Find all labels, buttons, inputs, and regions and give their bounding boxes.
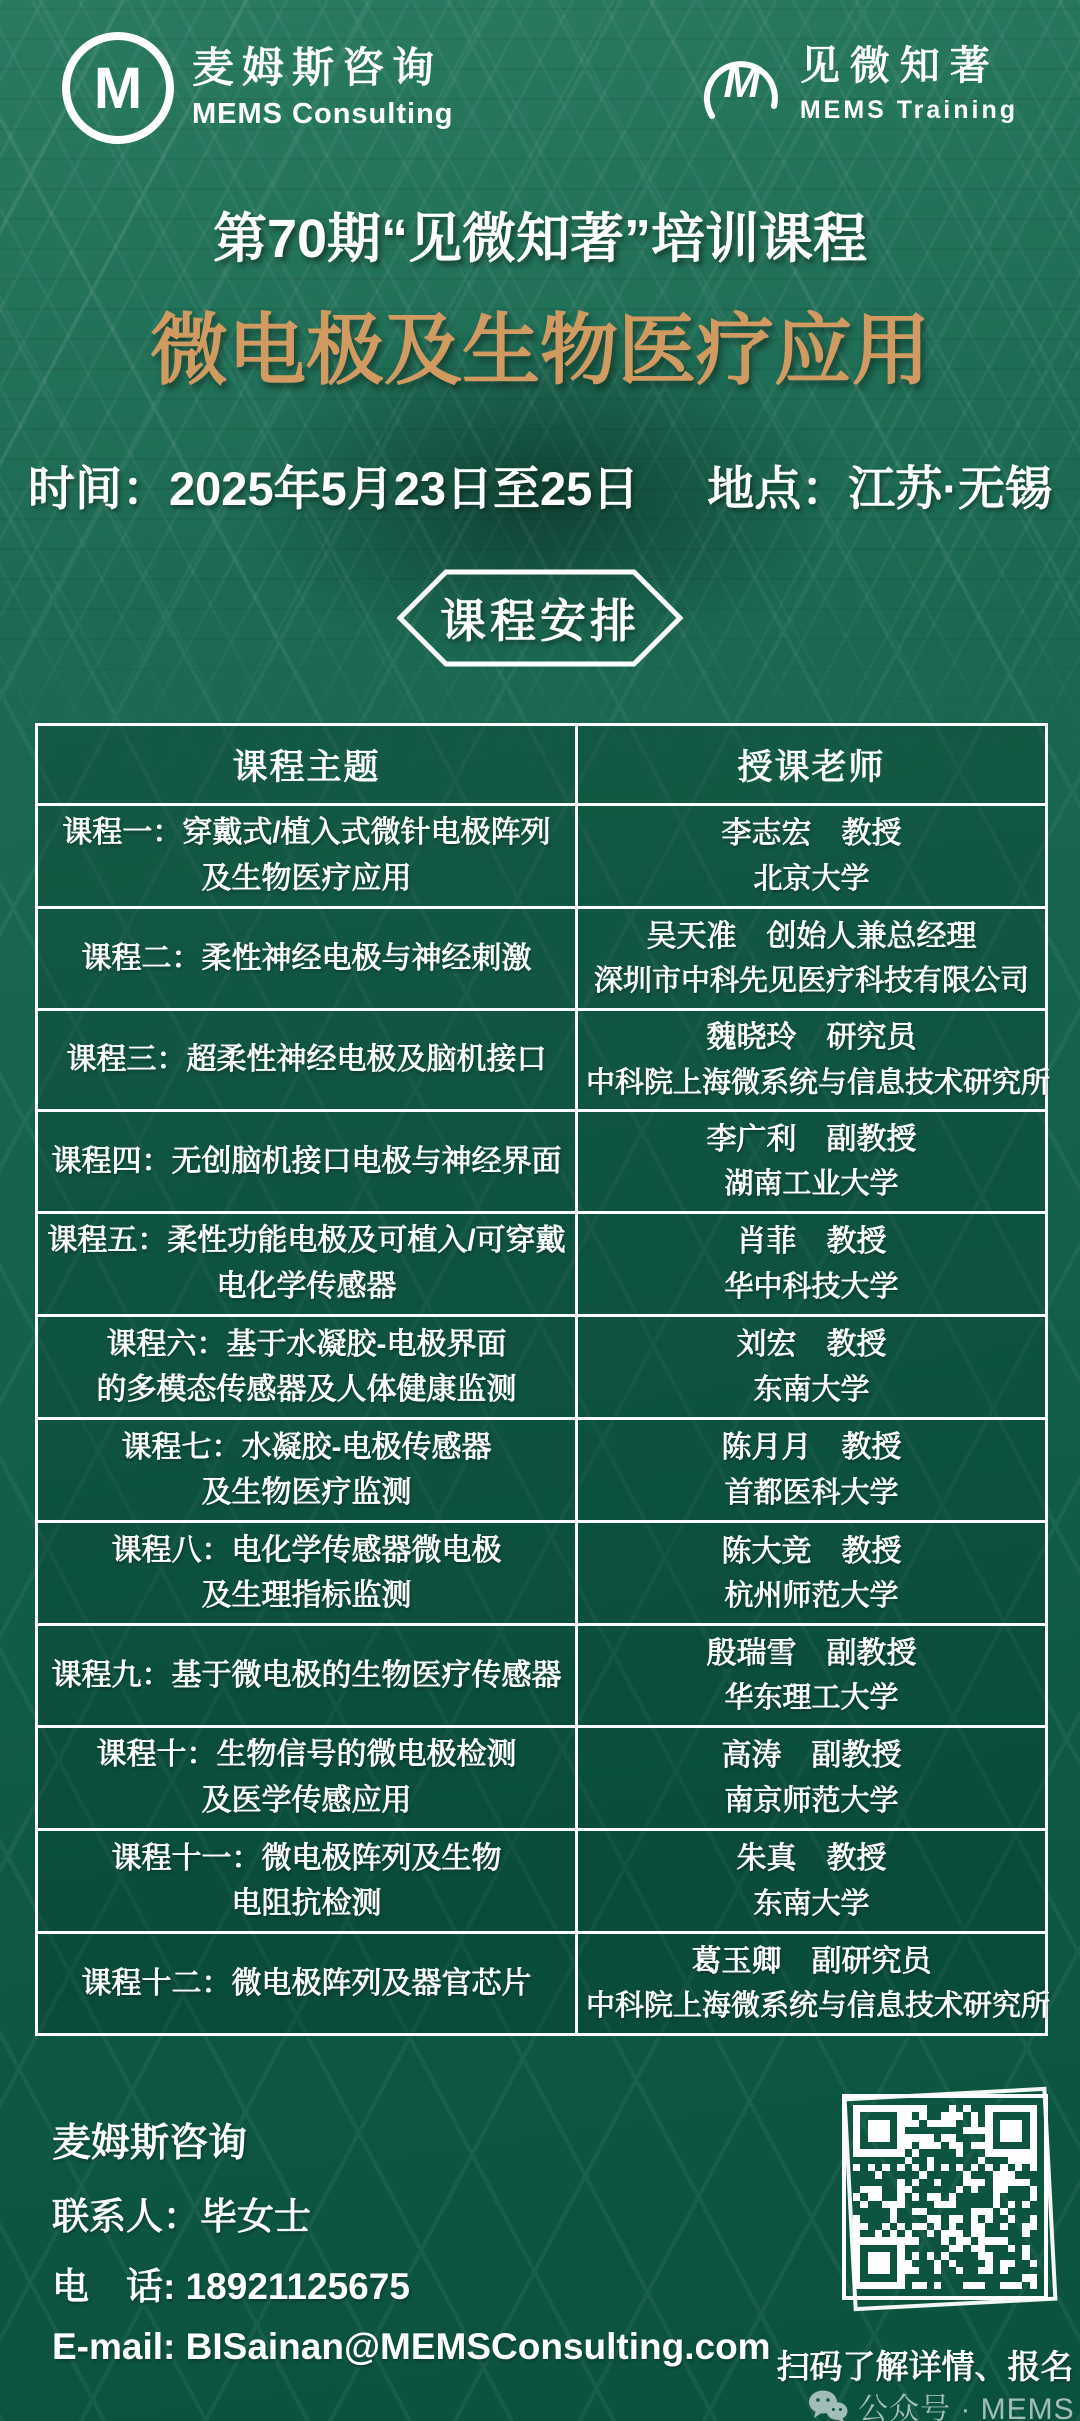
teacher-name-line: 李志宏 教授 — [586, 811, 1037, 857]
course-topic-cell: 课程二：柔性神经电极与神经刺激 — [37, 908, 577, 1010]
wechat-watermark-text: 公众号 · MEMS — [858, 2384, 1075, 2421]
teacher-affiliation-line: 北京大学 — [586, 857, 1037, 901]
teacher-name-line: 魏晓玲 研究员 — [586, 1015, 1037, 1061]
table-header-row: 课程主题 授课老师 — [37, 725, 1047, 805]
course-topic-line: 课程四：无创脑机接口电极与神经界面 — [46, 1139, 567, 1185]
qr-code — [853, 2105, 1037, 2289]
teacher-cell: 殷瑞雪 副教授华东理工大学 — [577, 1625, 1047, 1727]
course-topic-cell: 课程十：生物信号的微电极检测及医学传感应用 — [37, 1727, 577, 1830]
teacher-cell: 刘宏 教授东南大学 — [577, 1316, 1047, 1419]
teacher-cell: 陈大竞 教授杭州师范大学 — [577, 1522, 1047, 1625]
course-topic-line: 的多模态传感器及人体健康监测 — [46, 1367, 567, 1413]
teacher-affiliation-line: 首都医科大学 — [586, 1471, 1037, 1515]
course-topic-title: 微电极及生物医疗应用 — [0, 288, 1080, 400]
teacher-cell: 高涛 副教授南京师范大学 — [577, 1727, 1047, 1830]
course-location: 地点：江苏·无锡 — [707, 462, 1052, 515]
course-topic-cell: 课程十一：微电极阵列及生物电阻抗检测 — [37, 1830, 577, 1933]
course-topic-line: 电阻抗检测 — [46, 1881, 567, 1927]
table-row: 课程八：电化学传感器微电极及生理指标监测陈大竞 教授杭州师范大学 — [37, 1522, 1047, 1625]
course-session-title: 第70期“见微知著”培训课程 — [0, 196, 1080, 273]
course-topic-line: 课程三：超柔性神经电极及脑机接口 — [46, 1037, 567, 1083]
teacher-name-line: 刘宏 教授 — [586, 1322, 1037, 1368]
table-row: 课程二：柔性神经电极与神经刺激吴天准 创始人兼总经理深圳市中科先见医疗科技有限公… — [37, 908, 1047, 1010]
teacher-affiliation-line: 中科院上海微系统与信息技术研究所 — [586, 1984, 1037, 2028]
teacher-name-line: 肖菲 教授 — [586, 1219, 1037, 1265]
qr-frame — [842, 2094, 1048, 2300]
table-row: 课程九：基于微电极的生物医疗传感器殷瑞雪 副教授华东理工大学 — [37, 1625, 1047, 1727]
course-topic-cell: 课程九：基于微电极的生物医疗传感器 — [37, 1625, 577, 1727]
table-row: 课程十一：微电极阵列及生物电阻抗检测朱真 教授东南大学 — [37, 1830, 1047, 1933]
logo-mems-training: M 见微知著 MEMS Training — [700, 42, 1018, 126]
header-teacher: 授课老师 — [577, 725, 1047, 805]
footer-email: E-mail: BISainan@MEMSConsulting.com — [52, 2326, 771, 2368]
footer-phone: 电 话: 18921125675 — [52, 2256, 410, 2310]
table-row: 课程六：基于水凝胶-电极界面的多模态传感器及人体健康监测刘宏 教授东南大学 — [37, 1316, 1047, 1419]
teacher-name-line: 殷瑞雪 副教授 — [586, 1631, 1037, 1677]
course-topic-cell: 课程五：柔性功能电极及可植入/可穿戴电化学传感器 — [37, 1212, 577, 1315]
course-topic-line: 课程五：柔性功能电极及可植入/可穿戴 — [46, 1218, 567, 1264]
mems-consulting-monogram-icon: M — [62, 32, 174, 144]
teacher-affiliation-line: 中科院上海微系统与信息技术研究所 — [586, 1061, 1037, 1105]
teacher-name-line: 高涛 副教授 — [586, 1733, 1037, 1779]
teacher-affiliation-line: 华东理工大学 — [586, 1676, 1037, 1720]
teacher-cell: 朱真 教授东南大学 — [577, 1830, 1047, 1933]
course-topic-cell: 课程八：电化学传感器微电极及生理指标监测 — [37, 1522, 577, 1625]
table-row: 课程三：超柔性神经电极及脑机接口魏晓玲 研究员中科院上海微系统与信息技术研究所 — [37, 1009, 1047, 1111]
teacher-affiliation-line: 杭州师范大学 — [586, 1574, 1037, 1618]
poster: M 麦姆斯咨询 MEMS Consulting M 见微知著 MEMS Trai… — [0, 0, 1080, 2421]
course-topic-line: 课程十：生物信号的微电极检测 — [46, 1732, 567, 1778]
teacher-cell: 肖菲 教授华中科技大学 — [577, 1212, 1047, 1315]
table-row: 课程七：水凝胶-电极传感器及生物医疗监测陈月月 教授首都医科大学 — [37, 1419, 1047, 1522]
teacher-affiliation-line: 南京师范大学 — [586, 1779, 1037, 1823]
qr-code-block — [842, 2088, 1048, 2310]
schedule-badge: 课程安排 — [390, 562, 690, 674]
teacher-cell: 魏晓玲 研究员中科院上海微系统与信息技术研究所 — [577, 1009, 1047, 1111]
header-course-topic: 课程主题 — [37, 725, 577, 805]
teacher-affiliation-line: 华中科技大学 — [586, 1265, 1037, 1309]
wechat-watermark: 公众号 · MEMS — [808, 2384, 1075, 2421]
footer-contact-person: 联系人：毕女士 — [52, 2186, 311, 2240]
course-topic-line: 课程七：水凝胶-电极传感器 — [46, 1425, 567, 1471]
course-topic-line: 课程二：柔性神经电极与神经刺激 — [46, 936, 567, 982]
teacher-affiliation-line: 湖南工业大学 — [586, 1162, 1037, 1206]
mems-training-arc-m-icon: M — [700, 42, 784, 126]
course-topic-cell: 课程六：基于水凝胶-电极界面的多模态传感器及人体健康监测 — [37, 1316, 577, 1419]
course-topic-cell: 课程七：水凝胶-电极传感器及生物医疗监测 — [37, 1419, 577, 1522]
mems-consulting-name-en: MEMS Consulting — [192, 98, 453, 131]
course-topic-line: 及生理指标监测 — [46, 1573, 567, 1619]
course-time: 时间：2025年5月23日至25日 — [28, 462, 639, 515]
mems-consulting-name-cn: 麦姆斯咨询 — [192, 45, 453, 91]
teacher-cell: 吴天准 创始人兼总经理深圳市中科先见医疗科技有限公司 — [577, 908, 1047, 1010]
footer-company: 麦姆斯咨询 — [52, 2112, 247, 2168]
mems-training-name-en: MEMS Training — [800, 96, 1018, 125]
course-topic-cell: 课程四：无创脑机接口电极与神经界面 — [37, 1111, 577, 1213]
course-topic-cell: 课程十二：微电极阵列及器官芯片 — [37, 1933, 577, 2035]
table-row: 课程五：柔性功能电极及可植入/可穿戴电化学传感器肖菲 教授华中科技大学 — [37, 1212, 1047, 1315]
course-topic-cell: 课程三：超柔性神经电极及脑机接口 — [37, 1009, 577, 1111]
course-topic-line: 课程十二：微电极阵列及器官芯片 — [46, 1961, 567, 2007]
teacher-name-line: 陈月月 教授 — [586, 1425, 1037, 1471]
course-topic-line: 及生物医疗监测 — [46, 1470, 567, 1516]
course-table: 课程主题 授课老师 课程一：穿戴式/植入式微针电极阵列及生物医疗应用李志宏 教授… — [35, 723, 1048, 2036]
wechat-icon — [808, 2389, 848, 2421]
teacher-name-line: 朱真 教授 — [586, 1836, 1037, 1882]
course-topic-line: 课程十一：微电极阵列及生物 — [46, 1836, 567, 1882]
table-row: 课程十：生物信号的微电极检测及医学传感应用高涛 副教授南京师范大学 — [37, 1727, 1047, 1830]
course-topic-line: 及生物医疗应用 — [46, 856, 567, 902]
teacher-cell: 葛玉卿 副研究员中科院上海微系统与信息技术研究所 — [577, 1933, 1047, 2035]
table-row: 课程十二：微电极阵列及器官芯片葛玉卿 副研究员中科院上海微系统与信息技术研究所 — [37, 1933, 1047, 2035]
course-topic-line: 课程一：穿戴式/植入式微针电极阵列 — [46, 810, 567, 856]
time-location-line: 时间：2025年5月23日至25日地点：江苏·无锡 — [0, 452, 1080, 519]
teacher-cell: 陈月月 教授首都医科大学 — [577, 1419, 1047, 1522]
teacher-cell: 李志宏 教授北京大学 — [577, 805, 1047, 908]
mems-training-name-cn: 见微知著 — [800, 44, 1018, 88]
qr-caption: 扫码了解详情、报名 — [775, 2341, 1075, 2388]
teacher-affiliation-line: 东南大学 — [586, 1882, 1037, 1926]
table-row: 课程一：穿戴式/植入式微针电极阵列及生物医疗应用李志宏 教授北京大学 — [37, 805, 1047, 908]
teacher-name-line: 葛玉卿 副研究员 — [586, 1939, 1037, 1985]
schedule-badge-label: 课程安排 — [390, 562, 690, 674]
course-topic-line: 课程八：电化学传感器微电极 — [46, 1528, 567, 1574]
course-topic-line: 课程六：基于水凝胶-电极界面 — [46, 1322, 567, 1368]
course-topic-line: 电化学传感器 — [46, 1264, 567, 1310]
course-topic-cell: 课程一：穿戴式/植入式微针电极阵列及生物医疗应用 — [37, 805, 577, 908]
course-topic-line: 课程九：基于微电极的生物医疗传感器 — [46, 1653, 567, 1699]
logo-mems-consulting: M 麦姆斯咨询 MEMS Consulting — [62, 32, 453, 144]
teacher-name-line: 吴天准 创始人兼总经理 — [586, 914, 1037, 960]
table-row: 课程四：无创脑机接口电极与神经界面李广利 副教授湖南工业大学 — [37, 1111, 1047, 1213]
teacher-name-line: 李广利 副教授 — [586, 1117, 1037, 1163]
course-topic-line: 及医学传感应用 — [46, 1778, 567, 1824]
teacher-name-line: 陈大竞 教授 — [586, 1529, 1037, 1575]
teacher-affiliation-line: 东南大学 — [586, 1368, 1037, 1412]
teacher-affiliation-line: 深圳市中科先见医疗科技有限公司 — [586, 959, 1037, 1003]
teacher-cell: 李广利 副教授湖南工业大学 — [577, 1111, 1047, 1213]
